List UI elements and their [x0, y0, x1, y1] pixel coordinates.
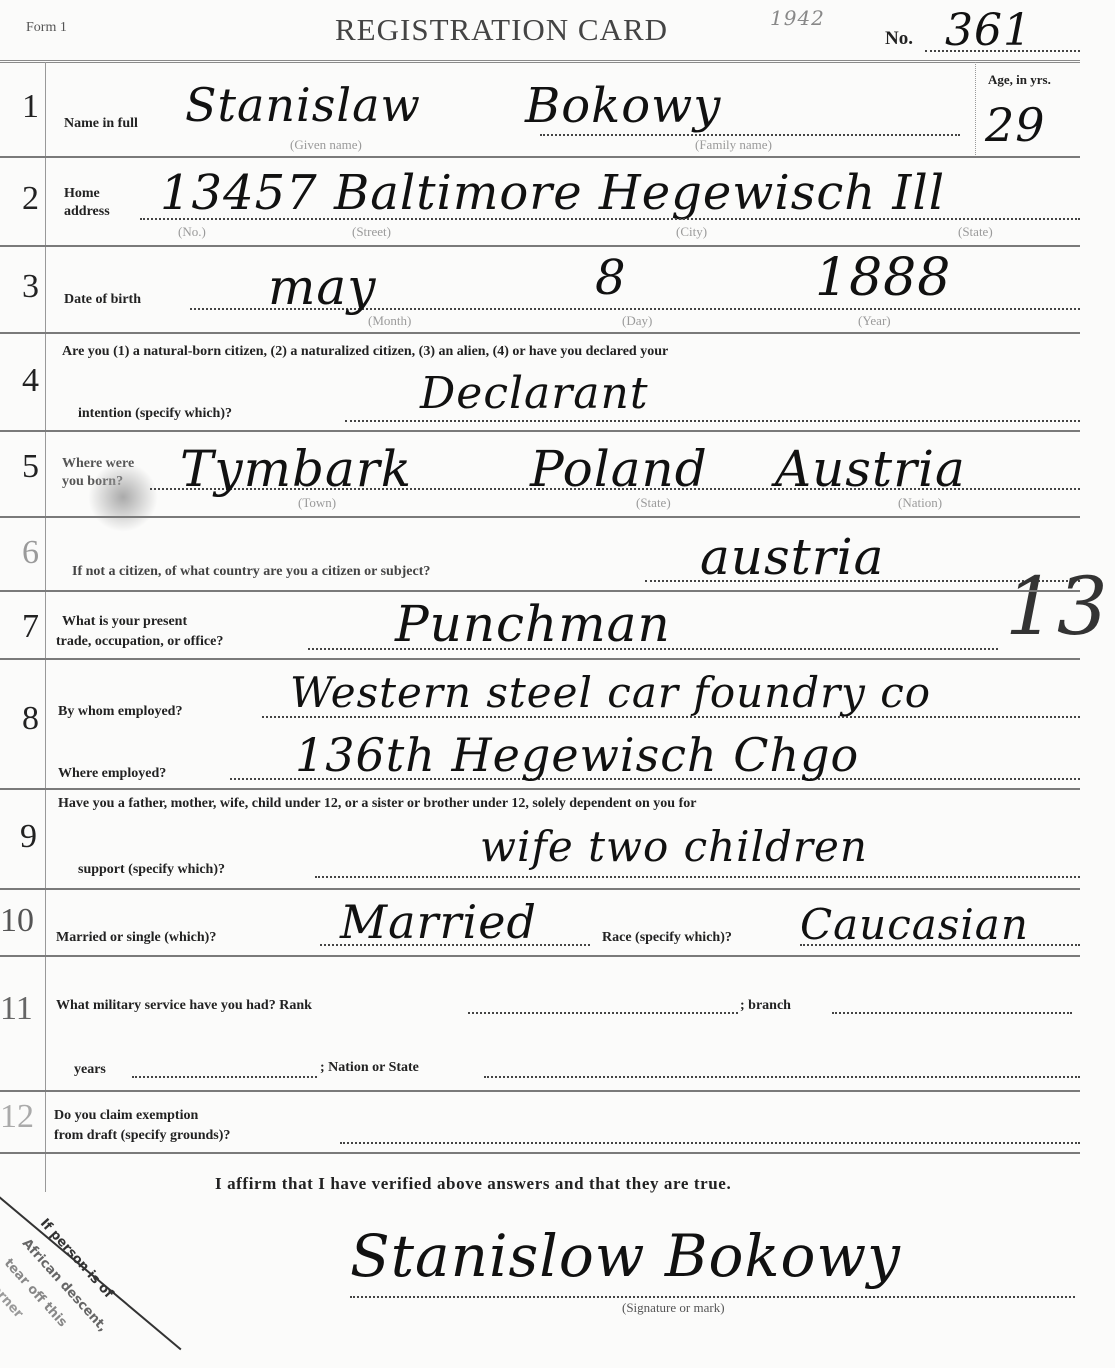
dob-caption-year: (Year) [858, 313, 891, 329]
military-label: What military service have you had? Rank [56, 998, 312, 1014]
dependents-question: Have you a father, mother, wife, child u… [58, 796, 696, 812]
name-label: Name in full [64, 116, 138, 132]
signature-caption: (Signature or mark) [622, 1300, 725, 1316]
affirmation-text: I affirm that I have verified above answ… [215, 1174, 731, 1194]
family-name-caption: (Family name) [695, 137, 772, 153]
address-caption-no: (No.) [178, 224, 206, 240]
occupation-label-1: What is your present [62, 614, 187, 630]
marital-label: Married or single (which)? [56, 930, 216, 946]
header-rule [0, 60, 1080, 66]
form-label: Form 1 [26, 20, 67, 36]
nation-state-label: ; Nation or State [320, 1060, 419, 1076]
row-rule [0, 430, 1080, 432]
row-rule [0, 788, 1080, 790]
row-rule [0, 955, 1080, 957]
home-label-2: address [64, 204, 110, 220]
birth-caption-town: (Town) [298, 495, 336, 511]
card-no-line [925, 50, 1080, 52]
row-rule [0, 1152, 1080, 1154]
field-9-number: 9 [20, 818, 37, 856]
citizen-of-value[interactable]: austria [700, 528, 884, 586]
birth-caption-state: (State) [636, 495, 671, 511]
card-no-value: 361 [945, 5, 1032, 56]
signature-value[interactable]: Stanislow Bokowy [350, 1222, 901, 1290]
row-rule [0, 1090, 1080, 1092]
row-rule [0, 156, 1080, 158]
exemption-label-2: from draft (specify grounds)? [54, 1128, 230, 1144]
dob-year-value[interactable]: 1888 [815, 248, 951, 308]
name-line [540, 134, 960, 136]
field-2-number: 2 [22, 180, 39, 218]
field-12-number: 12 [0, 1098, 34, 1136]
years-label: years [74, 1062, 106, 1078]
row-rule [0, 332, 1080, 334]
where-employed-label: Where employed? [58, 766, 166, 782]
field-6-number: 6 [22, 534, 39, 572]
race-value[interactable]: Caucasian [800, 900, 1029, 949]
family-name-value[interactable]: Bokowy [525, 78, 721, 134]
dob-month-value[interactable]: may [268, 258, 376, 316]
exemption-line [340, 1142, 1080, 1144]
signature-line [350, 1296, 1075, 1298]
row-rule [0, 516, 1080, 518]
card-no-label: No. [885, 28, 913, 50]
field-10-number: 10 [0, 902, 34, 940]
intention-line [345, 420, 1080, 422]
dependents-value[interactable]: wife two children [480, 822, 868, 871]
rank-line [468, 1012, 738, 1014]
left-margin-rule [45, 62, 46, 1192]
nation-state-line [484, 1076, 1080, 1078]
birth-town-value[interactable]: Tymbark [180, 440, 412, 498]
birth-state-value[interactable]: Poland [530, 440, 708, 498]
row-rule [0, 245, 1080, 247]
home-address-value[interactable]: 13457 Baltimore Hegewisch Ill [160, 165, 945, 221]
years-line [132, 1076, 317, 1078]
home-label-1: Home [64, 186, 100, 202]
branch-label: ; branch [740, 998, 791, 1014]
address-caption-street: (Street) [352, 224, 391, 240]
year-annotation: 1942 [770, 6, 825, 30]
given-name-value[interactable]: Stanislaw [185, 78, 421, 132]
citizenship-question: Are you (1) a natural-born citizen, (2) … [62, 344, 668, 360]
citizen-of-label: If not a citizen, of what country are yo… [72, 564, 430, 580]
branch-line [832, 1012, 1072, 1014]
intention-value[interactable]: Declarant [420, 368, 649, 419]
field-3-number: 3 [22, 268, 39, 306]
field-7-number: 7 [22, 608, 39, 646]
address-line [140, 218, 1080, 220]
address-caption-state: (State) [958, 224, 993, 240]
employer-label: By whom employed? [58, 704, 182, 720]
given-name-caption: (Given name) [290, 137, 362, 153]
dob-caption-day: (Day) [622, 313, 652, 329]
where-employed-value[interactable]: 136th Hegewisch Chgo [295, 728, 859, 782]
row-rule [0, 590, 1080, 592]
occupation-value[interactable]: Punchman [395, 595, 671, 653]
intention-label: intention (specify which)? [78, 406, 232, 422]
marital-value[interactable]: Married [340, 895, 537, 949]
age-label: Age, in yrs. [988, 72, 1051, 88]
employer-value[interactable]: Western steel car foundry co [290, 668, 931, 717]
exemption-label-1: Do you claim exemption [54, 1108, 198, 1124]
dependents-line [315, 876, 1080, 878]
field-8-number: 8 [22, 700, 39, 738]
row-rule [0, 888, 1080, 890]
address-caption-city: (City) [676, 224, 707, 240]
field-1-number: 1 [22, 88, 39, 126]
dependents-label: support (specify which)? [78, 862, 225, 878]
age-value[interactable]: 29 [985, 98, 1046, 152]
dob-label: Date of birth [64, 292, 141, 308]
card-title: REGISTRATION CARD [335, 12, 668, 48]
race-label: Race (specify which)? [602, 930, 732, 946]
corner-note-line-3: tear off this [1, 1256, 70, 1330]
field-5-number: 5 [22, 448, 39, 486]
occupation-label-2: trade, occupation, or office? [56, 634, 223, 650]
dob-caption-month: (Month) [368, 313, 411, 329]
dob-day-value[interactable]: 8 [595, 250, 627, 306]
field-11-number: 11 [0, 990, 33, 1028]
row-rule [0, 658, 1080, 660]
birth-nation-value[interactable]: Austria [775, 440, 966, 498]
birth-caption-nation: (Nation) [898, 495, 942, 511]
field-4-number: 4 [22, 362, 39, 400]
margin-note: 13 [1005, 560, 1109, 653]
age-column-rule [975, 62, 976, 157]
